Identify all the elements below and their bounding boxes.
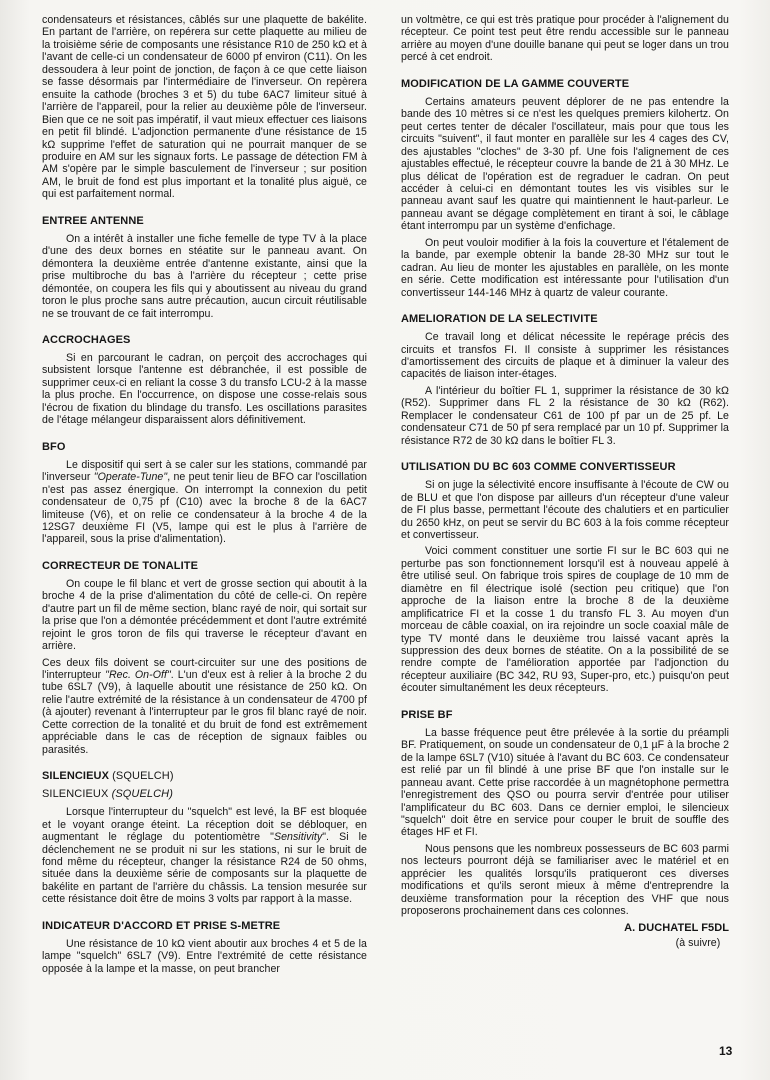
left-column: condensateurs et résistances, câblés sur… — [42, 14, 367, 975]
right-column: un voltmètre, ce qui est très pratique p… — [401, 14, 729, 950]
paragraph: Si on juge la sélectivité encore insuffi… — [401, 479, 729, 541]
paragraph: Une résistance de 10 kΩ vient aboutir au… — [42, 938, 367, 975]
section-heading-bfo: BFO — [42, 441, 367, 454]
continued-note: (à suivre) — [401, 937, 729, 949]
author-signature: A. DUCHATEL F5DL — [401, 922, 729, 934]
italic-term: "Rec. On-Off" — [105, 669, 171, 681]
italic-term: "Operate-Tune" — [94, 471, 167, 483]
heading-plain: (SQUELCH) — [109, 770, 174, 782]
heading-plain: SILENCIEUX — [42, 788, 112, 800]
paragraph: Ce travail long et délicat nécessite le … — [401, 331, 729, 381]
section-heading-indicateur: INDICATEUR D'ACCORD ET PRISE S-METRE — [42, 920, 367, 933]
section-heading-prise-bf: PRISE BF — [401, 709, 729, 722]
section-heading-modification: MODIFICATION DE LA GAMME COUVERTE — [401, 78, 729, 91]
heading-italic: (SQUELCH) — [112, 788, 173, 800]
paragraph: Voici comment constituer une sortie FI s… — [401, 545, 729, 694]
paragraph: Lorsque l'interrupteur du "squelch" est … — [42, 806, 367, 906]
intro-paragraph: un voltmètre, ce qui est très pratique p… — [401, 14, 729, 64]
paragraph: Si en parcourant le cadran, on perçoit d… — [42, 352, 367, 427]
magazine-page: condensateurs et résistances, câblés sur… — [0, 0, 770, 1080]
paragraph: Le dispositif qui sert à se caler sur le… — [42, 459, 367, 546]
page-number: 13 — [719, 1044, 732, 1058]
section-heading-utilisation: UTILISATION DU BC 603 COMME CONVERTISSEU… — [401, 461, 729, 474]
continued-label: (à suivre) — [667, 937, 729, 949]
paragraph: On a intérêt à installer une fiche femel… — [42, 233, 367, 320]
text-run: . L'un d'eux est à relier à la broche 2 … — [42, 669, 367, 756]
paragraph: On peut vouloir modifier à la fois la co… — [401, 237, 729, 299]
paragraph: A l'intérieur du boîtier FL 1, supprimer… — [401, 385, 729, 447]
section-heading-amelioration: AMELIORATION DE LA SELECTIVITE — [401, 313, 729, 326]
paragraph: La basse fréquence peut être prélevée à … — [401, 727, 729, 839]
paragraph: Ces deux fils doivent se court-circuiter… — [42, 657, 367, 757]
section-heading-silencieux-repeat: SILENCIEUX (SQUELCH) — [42, 788, 367, 801]
intro-paragraph: condensateurs et résistances, câblés sur… — [42, 14, 367, 201]
paragraph: Certains amateurs peuvent déplorer de ne… — [401, 96, 729, 233]
paragraph: Nous pensons que les nombreux possesseur… — [401, 843, 729, 918]
section-heading-silencieux: SILENCIEUX (SQUELCH) — [42, 770, 367, 783]
section-heading-accrochages: ACCROCHAGES — [42, 334, 367, 347]
paragraph: On coupe le fil blanc et vert de grosse … — [42, 578, 367, 653]
section-heading-entree-antenne: ENTREE ANTENNE — [42, 215, 367, 228]
section-heading-correcteur: CORRECTEUR DE TONALITE — [42, 560, 367, 573]
italic-term: Sensitivity — [274, 831, 322, 843]
heading-bold: SILENCIEUX — [42, 770, 109, 782]
